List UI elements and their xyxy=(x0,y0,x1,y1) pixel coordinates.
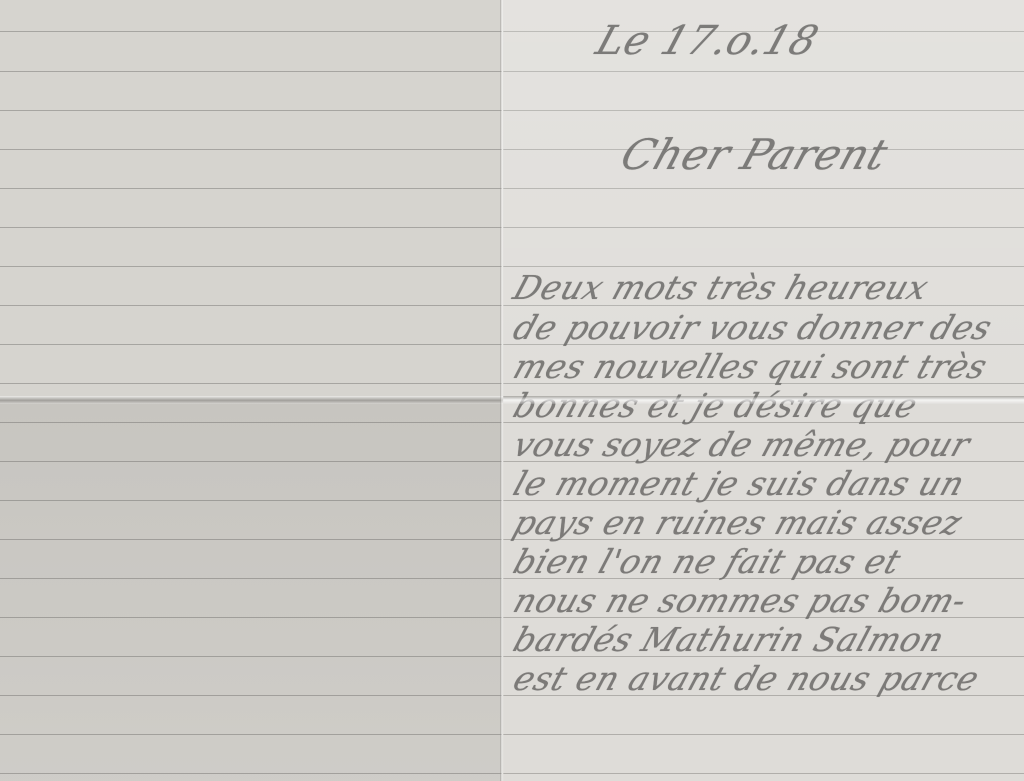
letter-salutation: Cher Parent xyxy=(615,130,894,179)
letter-line: nous ne sommes pas bom- xyxy=(509,581,972,620)
left-page-lower-shade xyxy=(0,400,502,781)
handwritten-text: Le 17.o.18 Cher Parent Deux mots très he… xyxy=(503,0,1024,781)
letter-line: le moment je suis dans un xyxy=(509,464,970,503)
letter-line: bardés Mathurin Salmon xyxy=(509,620,950,659)
letter-sheet: Le 17.o.18 Cher Parent Deux mots très he… xyxy=(0,0,1024,781)
letter-line: vous soyez de même, pour xyxy=(509,425,976,464)
right-page: Le 17.o.18 Cher Parent Deux mots très he… xyxy=(503,0,1024,781)
letter-line: de pouvoir vous donner des xyxy=(509,308,997,347)
vertical-fold xyxy=(500,0,504,781)
letter-date: Le 17.o.18 xyxy=(591,18,825,64)
letter-line: pays en ruines mais assez xyxy=(509,503,968,542)
left-page xyxy=(0,0,502,781)
letter-line: bonnes et je désire que xyxy=(509,386,923,425)
letter-line: Deux mots très heureux xyxy=(509,268,934,307)
horizontal-fold-left xyxy=(0,396,503,404)
horizontal-fold-right xyxy=(503,396,1024,404)
letter-line: est en avant de nous parce xyxy=(509,659,985,698)
letter-line: mes nouvelles qui sont très xyxy=(509,347,993,386)
letter-line: bien l'on ne fait pas et xyxy=(509,542,906,581)
